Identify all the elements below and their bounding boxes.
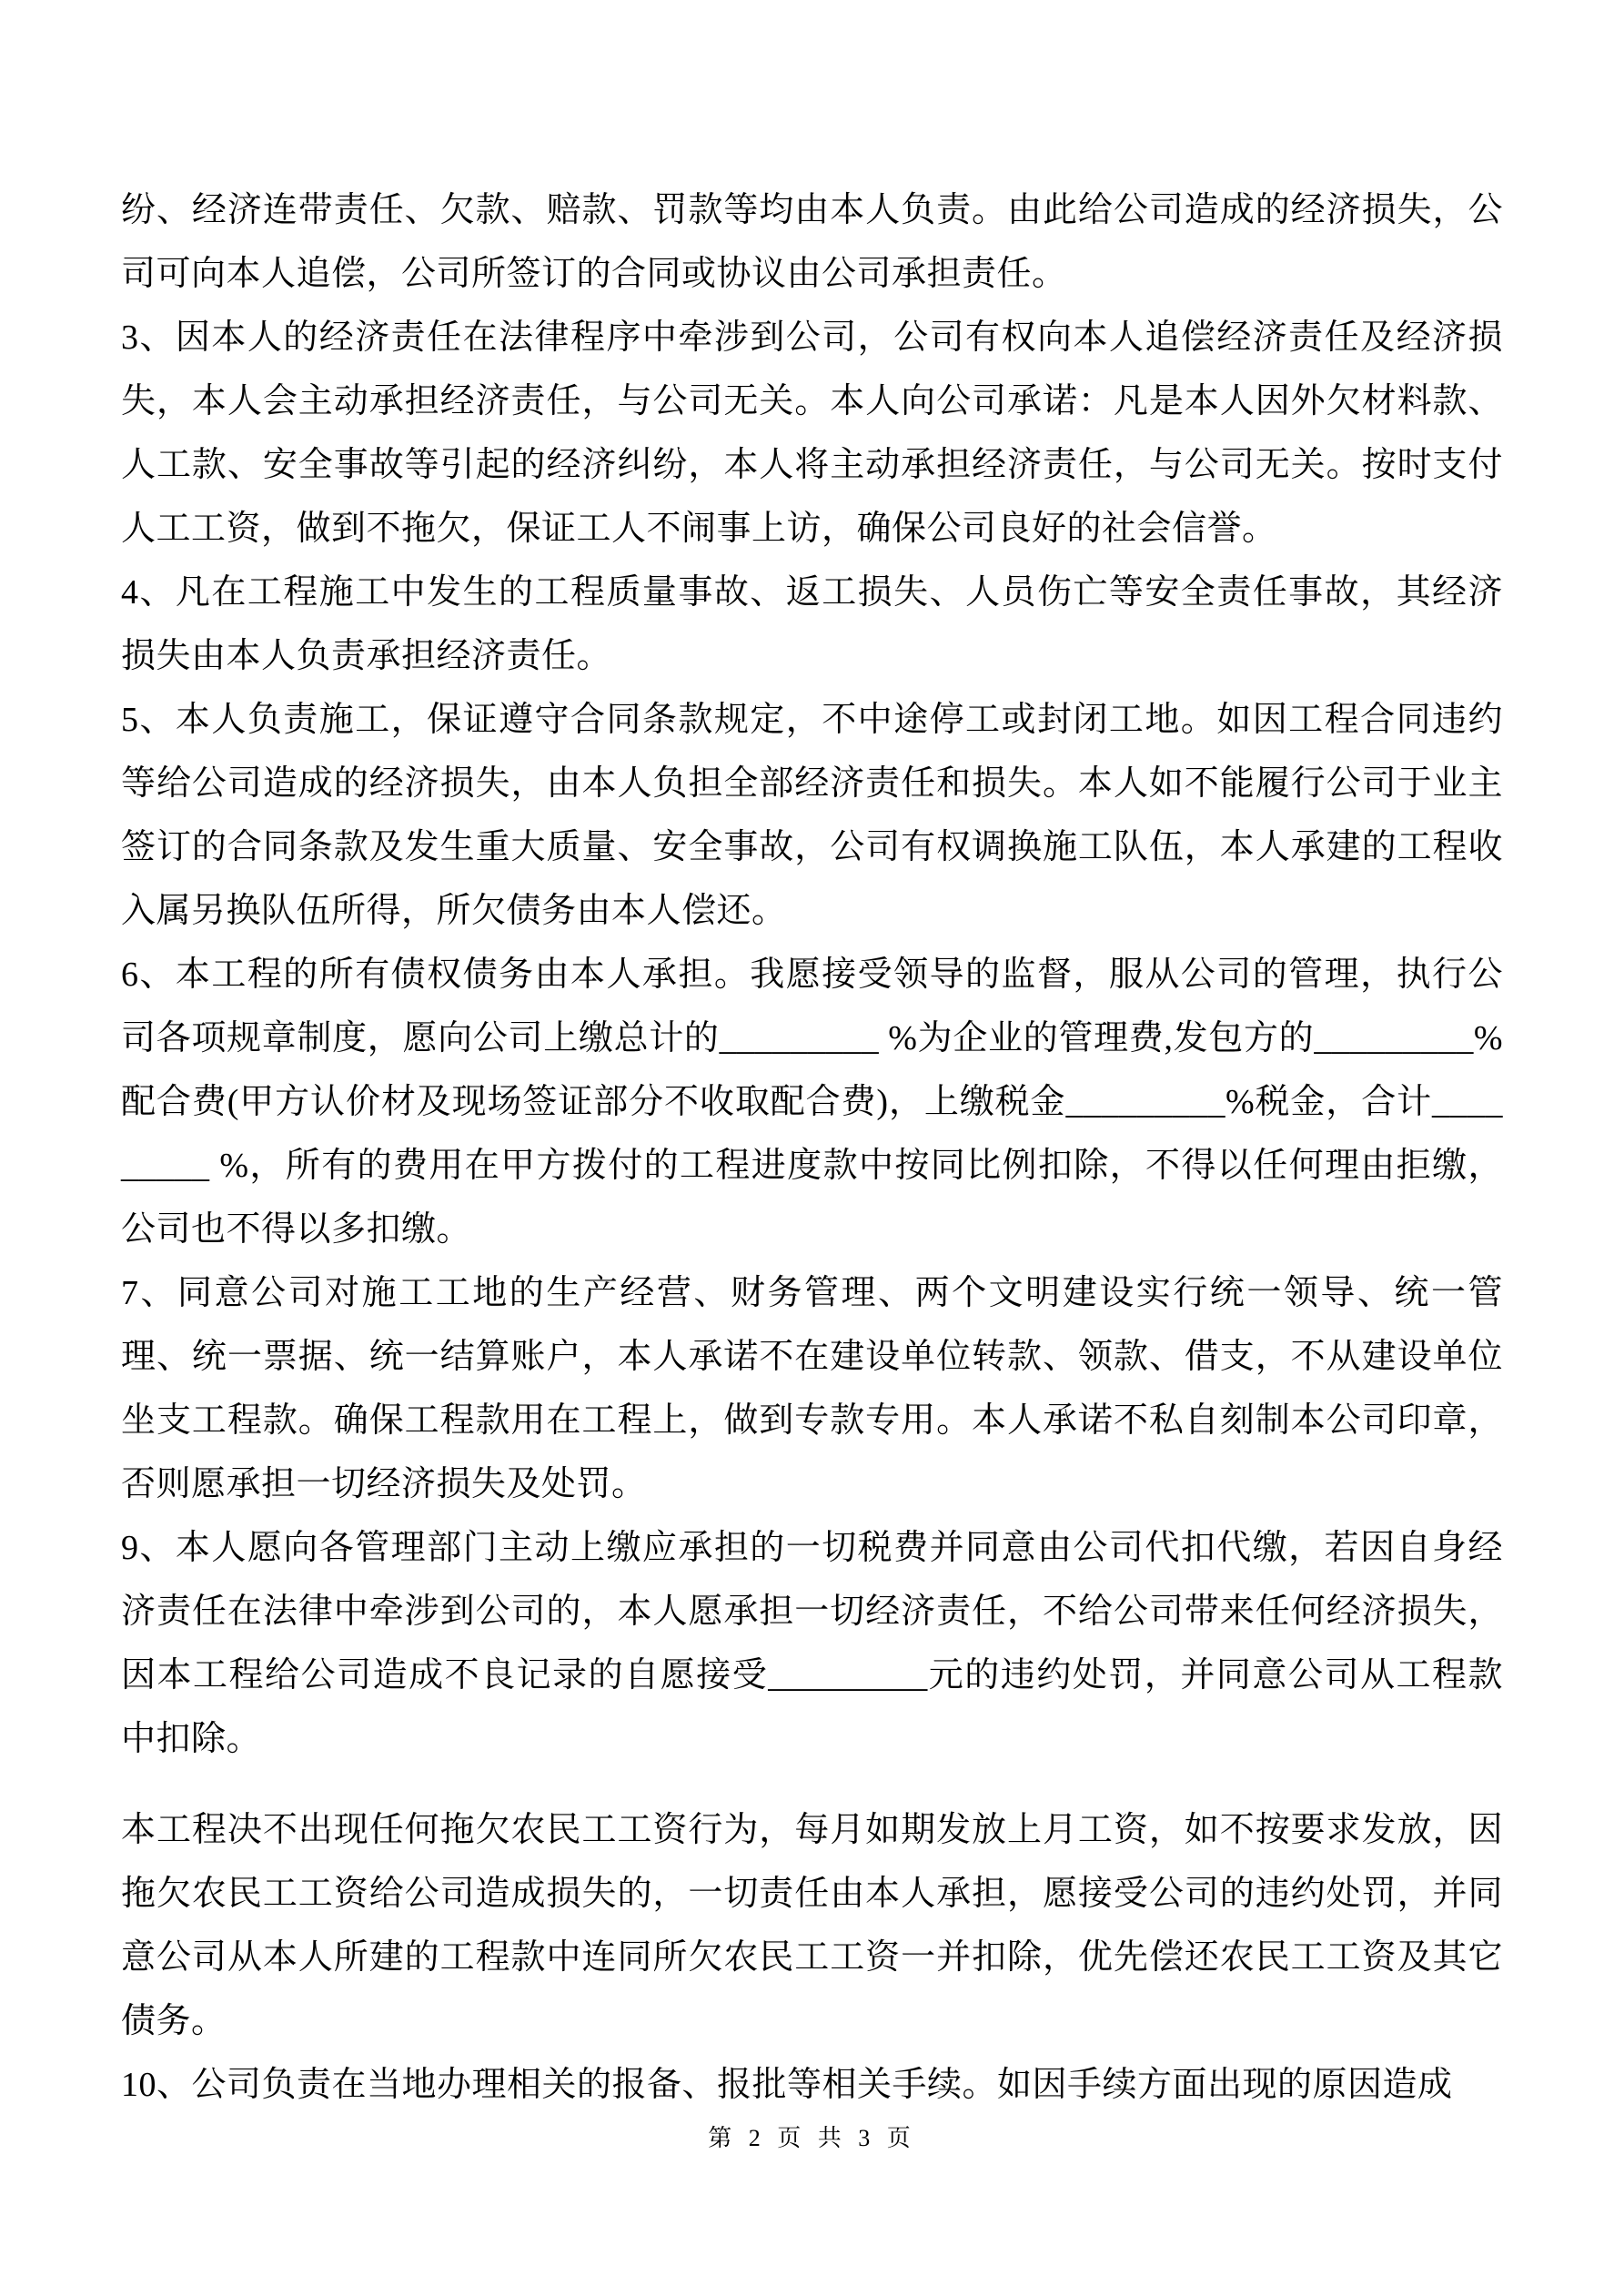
paragraph-clause-3: 3、因本人的经济责任在法律程序中牵涉到公司，公司有权向本人追偿经济责任及经济损失… [121, 306, 1503, 561]
paragraph-clause-10: 10、公司负责在当地办理相关的报备、报批等相关手续。如因手续方面出现的原因造成 [121, 2053, 1503, 2117]
paragraph-continuation: 纷、经济连带责任、欠款、赔款、罚款等均由本人负责。由此给公司造成的经济损失，公司… [121, 178, 1503, 306]
contract-body: 纷、经济连带责任、欠款、赔款、罚款等均由本人负责。由此给公司造成的经济损失，公司… [121, 178, 1503, 2117]
page-number-footer: 第 2 页 共 3 页 [0, 2120, 1624, 2157]
contract-page: 纷、经济连带责任、欠款、赔款、罚款等均由本人负责。由此给公司造成的经济损失，公司… [0, 0, 1624, 2296]
paragraph-clause-5: 5、本人负责施工，保证遵守合同条款规定，不中途停工或封闭工地。如因工程合同违约等… [121, 688, 1503, 943]
paragraph-clause-6: 6、本工程的所有债权债务由本人承担。我愿接受领导的监督，服从公司的管理，执行公司… [121, 943, 1503, 1261]
paragraph-wage-guarantee: 本工程决不出现任何拖欠农民工工资行为，每月如期发放上月工资，如不按要求发放，因拖… [121, 1798, 1503, 2053]
paragraph-clause-4: 4、凡在工程施工中发生的工程质量事故、返工损失、人员伤亡等安全责任事故，其经济损… [121, 561, 1503, 688]
paragraph-clause-7: 7、同意公司对施工工地的生产经营、财务管理、两个文明建设实行统一领导、统一管理、… [121, 1261, 1503, 1516]
paragraph-clause-9: 9、本人愿向各管理部门主动上缴应承担的一切税费并同意由公司代扣代缴，若因自身经济… [121, 1516, 1503, 1771]
